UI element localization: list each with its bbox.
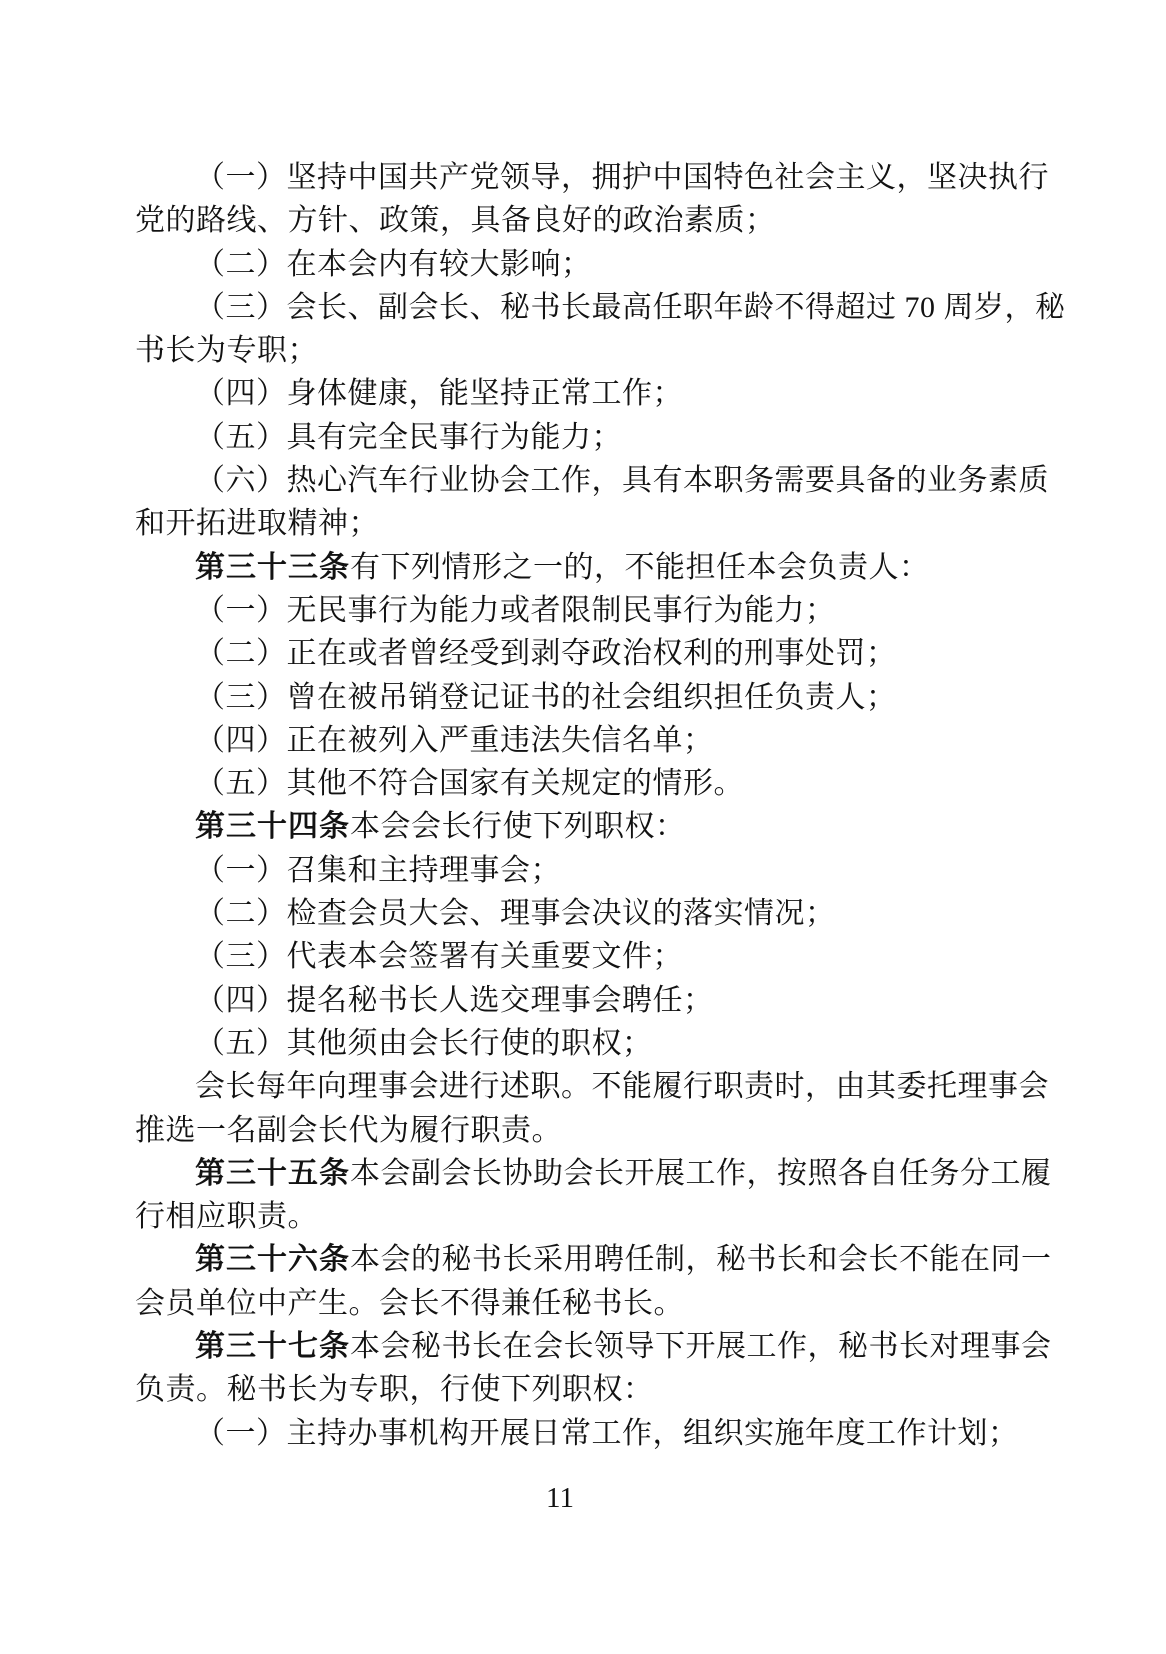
line-text: 推选一名副会长代为履行职责。: [135, 1114, 562, 1147]
line-text: 会长每年向理事会进行述职。不能履行职责时，由其委托理事会: [195, 1070, 1049, 1103]
line-text: 会员单位中产生。会长不得兼任秘书长。: [135, 1287, 684, 1320]
line-text: 本会的秘书长采用聘任制，秘书长和会长不能在同一: [350, 1243, 1052, 1276]
text-line: 书长为专职；: [135, 329, 1021, 372]
line-text: 本会秘书长在会长领导下开展工作，秘书长对理事会: [350, 1330, 1052, 1363]
text-line: 会员单位中产生。会长不得兼任秘书长。: [135, 1282, 1021, 1325]
text-line: （三）曾在被吊销登记证书的社会组织担任负责人；: [135, 676, 1021, 719]
text-line: 党的路线、方针、政策，具备良好的政治素质；: [135, 199, 1021, 242]
article-number: 第三十六条: [195, 1243, 350, 1276]
line-text: （二）正在或者曾经受到剥夺政治权利的刑事处罚；: [195, 637, 897, 670]
text-line: （一）坚持中国共产党领导，拥护中国特色社会主义，坚决执行: [135, 156, 1021, 199]
line-text: 有下列情形之一的，不能担任本会负责人：: [350, 551, 930, 584]
line-text: 本会会长行使下列职权：: [350, 810, 686, 843]
line-text: （一）无民事行为能力或者限制民事行为能力；: [195, 594, 836, 627]
text-line: （六）热心汽车行业协会工作，具有本职务需要具备的业务素质: [135, 459, 1021, 502]
line-text: （三）曾在被吊销登记证书的社会组织担任负责人；: [195, 681, 897, 714]
text-line: 负责。秘书长为专职，行使下列职权：: [135, 1368, 1021, 1411]
article-heading-line: 第三十四条本会会长行使下列职权：: [135, 805, 1021, 848]
page-number: 11: [0, 1482, 1120, 1515]
line-text: （二）在本会内有较大影响；: [195, 248, 592, 281]
line-text: 和开拓进取精神；: [135, 507, 379, 540]
text-line: （五）具有完全民事行为能力；: [135, 416, 1021, 459]
line-text: （四）正在被列入严重违法失信名单；: [195, 724, 714, 757]
line-text: （四）身体健康，能坚持正常工作；: [195, 377, 683, 410]
line-text: 行相应职责。: [135, 1200, 318, 1233]
article-number: 第三十五条: [195, 1157, 350, 1190]
line-text: 本会副会长协助会长开展工作，按照各自任务分工履: [350, 1157, 1052, 1190]
line-text: （一）召集和主持理事会；: [195, 854, 561, 887]
article-heading-line: 第三十七条本会秘书长在会长领导下开展工作，秘书长对理事会: [135, 1325, 1021, 1368]
text-line: （二）在本会内有较大影响；: [135, 243, 1021, 286]
text-line: 推选一名副会长代为履行职责。: [135, 1109, 1021, 1152]
line-text: （三）代表本会签署有关重要文件；: [195, 940, 683, 973]
line-text: （一）坚持中国共产党领导，拥护中国特色社会主义，坚决执行: [195, 161, 1049, 194]
line-text: （三）会长、副会长、秘书长最高任职年龄不得超过 70 周岁，秘: [195, 291, 1066, 324]
article-heading-line: 第三十六条本会的秘书长采用聘任制，秘书长和会长不能在同一: [135, 1238, 1021, 1281]
article-heading-line: 第三十五条本会副会长协助会长开展工作，按照各自任务分工履: [135, 1152, 1021, 1195]
line-text: （五）具有完全民事行为能力；: [195, 421, 622, 454]
text-line: 行相应职责。: [135, 1195, 1021, 1238]
text-line: （一）主持办事机构开展日常工作，组织实施年度工作计划；: [135, 1412, 1021, 1455]
article-number: 第三十七条: [195, 1330, 350, 1363]
text-line: （二）检查会员大会、理事会决议的落实情况；: [135, 892, 1021, 935]
text-line: （三）代表本会签署有关重要文件；: [135, 935, 1021, 978]
document-page: （一）坚持中国共产党领导，拥护中国特色社会主义，坚决执行党的路线、方针、政策，具…: [0, 0, 1166, 1654]
line-text: （五）其他须由会长行使的职权；: [195, 1027, 653, 1060]
line-text: （四）提名秘书长人选交理事会聘任；: [195, 984, 714, 1017]
line-text: （二）检查会员大会、理事会决议的落实情况；: [195, 897, 836, 930]
document-body: （一）坚持中国共产党领导，拥护中国特色社会主义，坚决执行党的路线、方针、政策，具…: [135, 156, 1021, 1455]
text-line: （一）无民事行为能力或者限制民事行为能力；: [135, 589, 1021, 632]
line-text: （五）其他不符合国家有关规定的情形。: [195, 767, 744, 800]
line-text: （六）热心汽车行业协会工作，具有本职务需要具备的业务素质: [195, 464, 1049, 497]
text-line: （五）其他须由会长行使的职权；: [135, 1022, 1021, 1065]
text-line: （四）身体健康，能坚持正常工作；: [135, 372, 1021, 415]
text-line: 会长每年向理事会进行述职。不能履行职责时，由其委托理事会: [135, 1065, 1021, 1108]
line-text: 负责。秘书长为专职，行使下列职权：: [135, 1373, 654, 1406]
text-line: （一）召集和主持理事会；: [135, 849, 1021, 892]
line-text: 党的路线、方针、政策，具备良好的政治素质；: [135, 204, 776, 237]
text-line: （三）会长、副会长、秘书长最高任职年龄不得超过 70 周岁，秘: [135, 286, 1021, 329]
text-line: （五）其他不符合国家有关规定的情形。: [135, 762, 1021, 805]
text-line: （二）正在或者曾经受到剥夺政治权利的刑事处罚；: [135, 632, 1021, 675]
article-heading-line: 第三十三条有下列情形之一的，不能担任本会负责人：: [135, 546, 1021, 589]
line-text: 书长为专职；: [135, 334, 318, 367]
text-line: （四）提名秘书长人选交理事会聘任；: [135, 979, 1021, 1022]
article-number: 第三十三条: [195, 551, 350, 584]
text-line: （四）正在被列入严重违法失信名单；: [135, 719, 1021, 762]
line-text: （一）主持办事机构开展日常工作，组织实施年度工作计划；: [195, 1417, 1019, 1450]
article-number: 第三十四条: [195, 810, 350, 843]
text-line: 和开拓进取精神；: [135, 502, 1021, 545]
